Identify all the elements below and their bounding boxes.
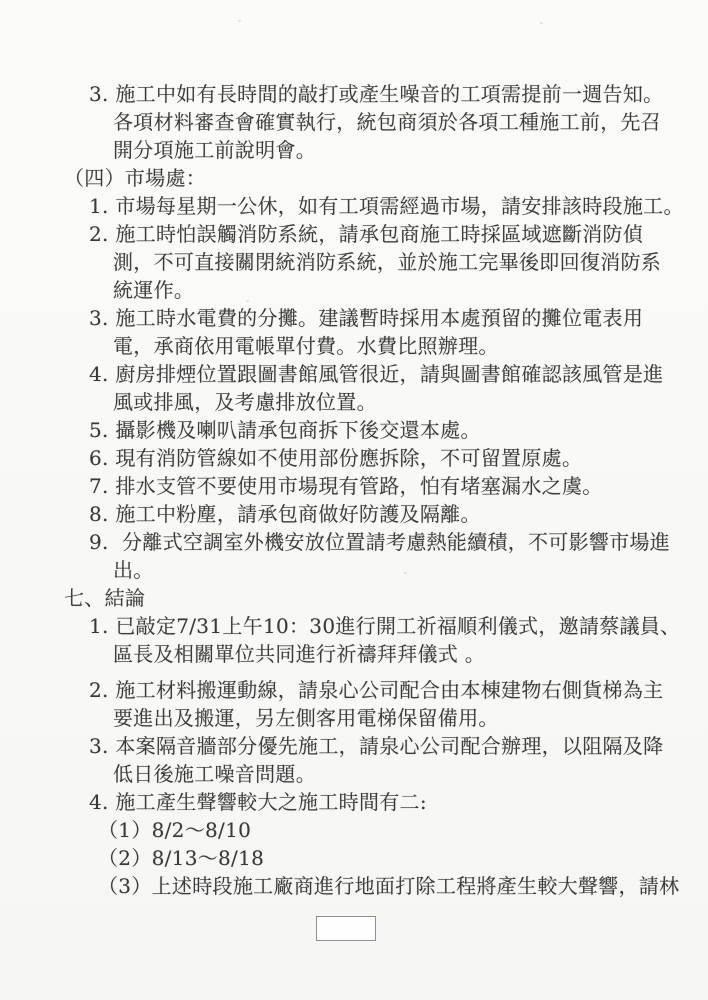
section-heading-market: （四）市場處： (0, 164, 708, 192)
list-item: 3. 施工時水電費的分攤。建議暫時採用本處預留的攤位電表用 (0, 304, 708, 332)
sub-list-item: （2）8/13～8/18 (0, 844, 708, 872)
text-line: 要進出及搬運，另左側客用電梯保留備用。 (0, 704, 708, 732)
list-item: 4. 廚房排煙位置跟圖書館風管很近，請與圖書館確認該風管是進 (0, 360, 708, 388)
page-number-box: 2 頁 (316, 916, 376, 941)
list-item: 8. 施工中粉塵，請承包商做好防護及隔離。 (0, 500, 708, 528)
text-line: 測，不可直接關閉統消防系統，並於施工完畢後即回復消防系 (0, 248, 708, 276)
text-line: 電，承商依用電帳單付費。水費比照辦理。 (0, 332, 708, 360)
document-body: 3. 施工中如有長時間的敲打或產生噪音的工項需提前一週告知。 各項材料審查會確實… (0, 80, 708, 900)
scan-speck (540, 22, 543, 24)
text-line: 區長及相關單位共同進行祈禱拜拜儀式 。 (0, 640, 708, 668)
sub-list-item: （3）上述時段施工廠商進行地面打除工程將產生較大聲響，請林 (0, 872, 708, 900)
list-item: 2. 施工材料搬運動線，請泉心公司配合由本棟建物右側貨梯為主 (0, 676, 708, 704)
text-line: 統運作。 (0, 276, 708, 304)
text-line: 各項材料審查會確實執行，統包商須於各項工種施工前，先召 (0, 108, 708, 136)
list-item: 4. 施工產生聲響較大之施工時間有二: (0, 788, 708, 816)
list-item: 9. 分離式空調室外機安放位置請考慮熱能續積，不可影響市場進 (0, 528, 708, 556)
section-heading-conclusion: 七、結論 (0, 584, 708, 612)
list-item: 1. 已敲定7/31上午10：30進行開工祈福順利儀式，邀請蔡議員、 (0, 612, 708, 640)
sub-list-item: （1）8/2～8/10 (0, 816, 708, 844)
list-item: 1. 市場每星期一公休，如有工項需經過市場，請安排該時段施工。 (0, 192, 708, 220)
list-item: 6. 現有消防管線如不使用部份應拆除，不可留置原處。 (0, 444, 708, 472)
text-line: 低日後施工噪音問題。 (0, 760, 708, 788)
list-item: 7. 排水支管不要使用市場現有管路，怕有堵塞漏水之虞。 (0, 472, 708, 500)
list-item: 2. 施工時怕誤觸消防系統，請承包商施工時採區域遮斷消防偵 (0, 220, 708, 248)
scan-speck (238, 20, 241, 22)
text-line: 開分項施工前說明會。 (0, 136, 708, 164)
text-line: 出。 (0, 556, 708, 584)
list-item: 3. 本案隔音牆部分優先施工，請泉心公司配合辦理，以阻隔及降 (0, 732, 708, 760)
scanned-page: 3. 施工中如有長時間的敲打或產生噪音的工項需提前一週告知。 各項材料審查會確實… (0, 0, 708, 1000)
list-item: 5. 攝影機及喇叭請承包商拆下後交還本處。 (0, 416, 708, 444)
text-line: 風或排風，及考慮排放位置。 (0, 388, 708, 416)
text-line: 3. 施工中如有長時間的敲打或產生噪音的工項需提前一週告知。 (0, 80, 708, 108)
